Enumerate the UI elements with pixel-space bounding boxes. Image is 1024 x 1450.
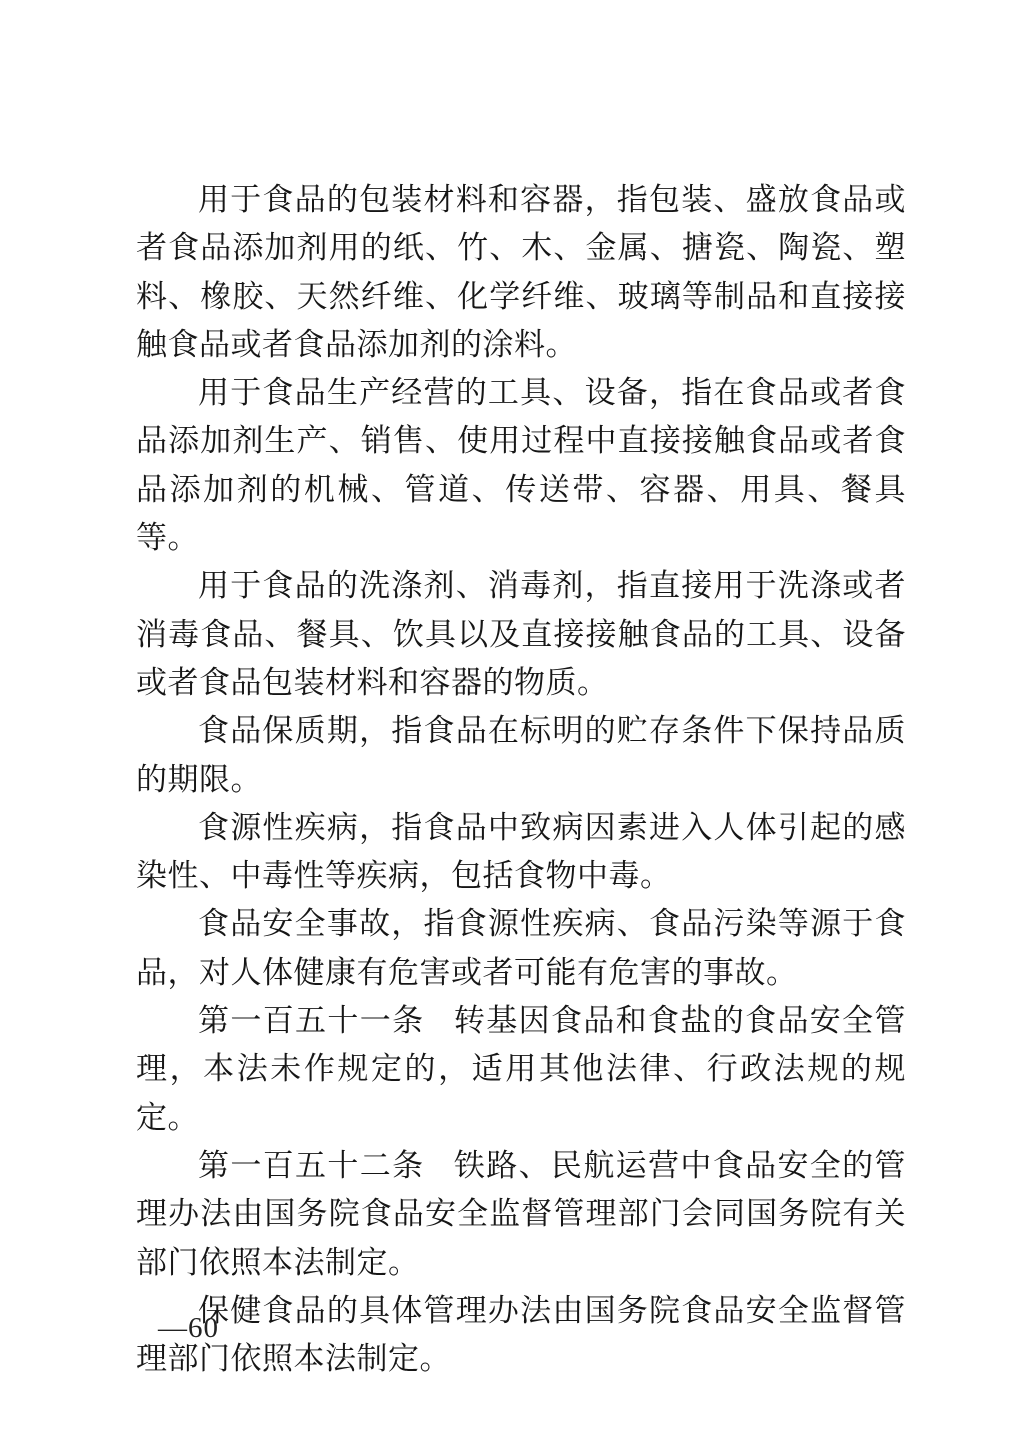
body-paragraph: 用于食品生产经营的工具、设备，指在食品或者食品添加剂生产、销售、使用过程中直接接… — [136, 369, 906, 562]
document-page: 用于食品的包装材料和容器，指包装、盛放食品或者食品添加剂用的纸、竹、木、金属、搪… — [0, 0, 1024, 1450]
body-paragraph: 用于食品的洗涤剂、消毒剂，指直接用于洗涤或者消毒食品、餐具、饮具以及直接接触食品… — [136, 562, 906, 707]
article-paragraph: 第一百五十二条铁路、民航运营中食品安全的管理办法由国务院食品安全监督管理部门会同… — [136, 1142, 906, 1287]
article-number: 第一百五十一条 — [198, 1003, 424, 1038]
body-paragraph: 食源性疾病，指食品中致病因素进入人体引起的感染性、中毒性等疾病，包括食物中毒。 — [136, 804, 906, 901]
document-body: 用于食品的包装材料和容器，指包装、盛放食品或者食品添加剂用的纸、竹、木、金属、搪… — [136, 176, 906, 1383]
body-paragraph: 用于食品的包装材料和容器，指包装、盛放食品或者食品添加剂用的纸、竹、木、金属、搪… — [136, 176, 906, 369]
page-number: —60 — [158, 1312, 219, 1345]
body-paragraph: 食品安全事故，指食源性疾病、食品污染等源于食品，对人体健康有危害或者可能有危害的… — [136, 900, 906, 997]
article-number: 第一百五十二条 — [198, 1148, 424, 1183]
body-paragraph: 食品保质期，指食品在标明的贮存条件下保持品质的期限。 — [136, 707, 906, 804]
article-paragraph: 第一百五十一条转基因食品和食盐的食品安全管理，本法未作规定的，适用其他法律、行政… — [136, 997, 906, 1142]
body-paragraph: 保健食品的具体管理办法由国务院食品安全监督管理部门依照本法制定。 — [136, 1287, 906, 1384]
